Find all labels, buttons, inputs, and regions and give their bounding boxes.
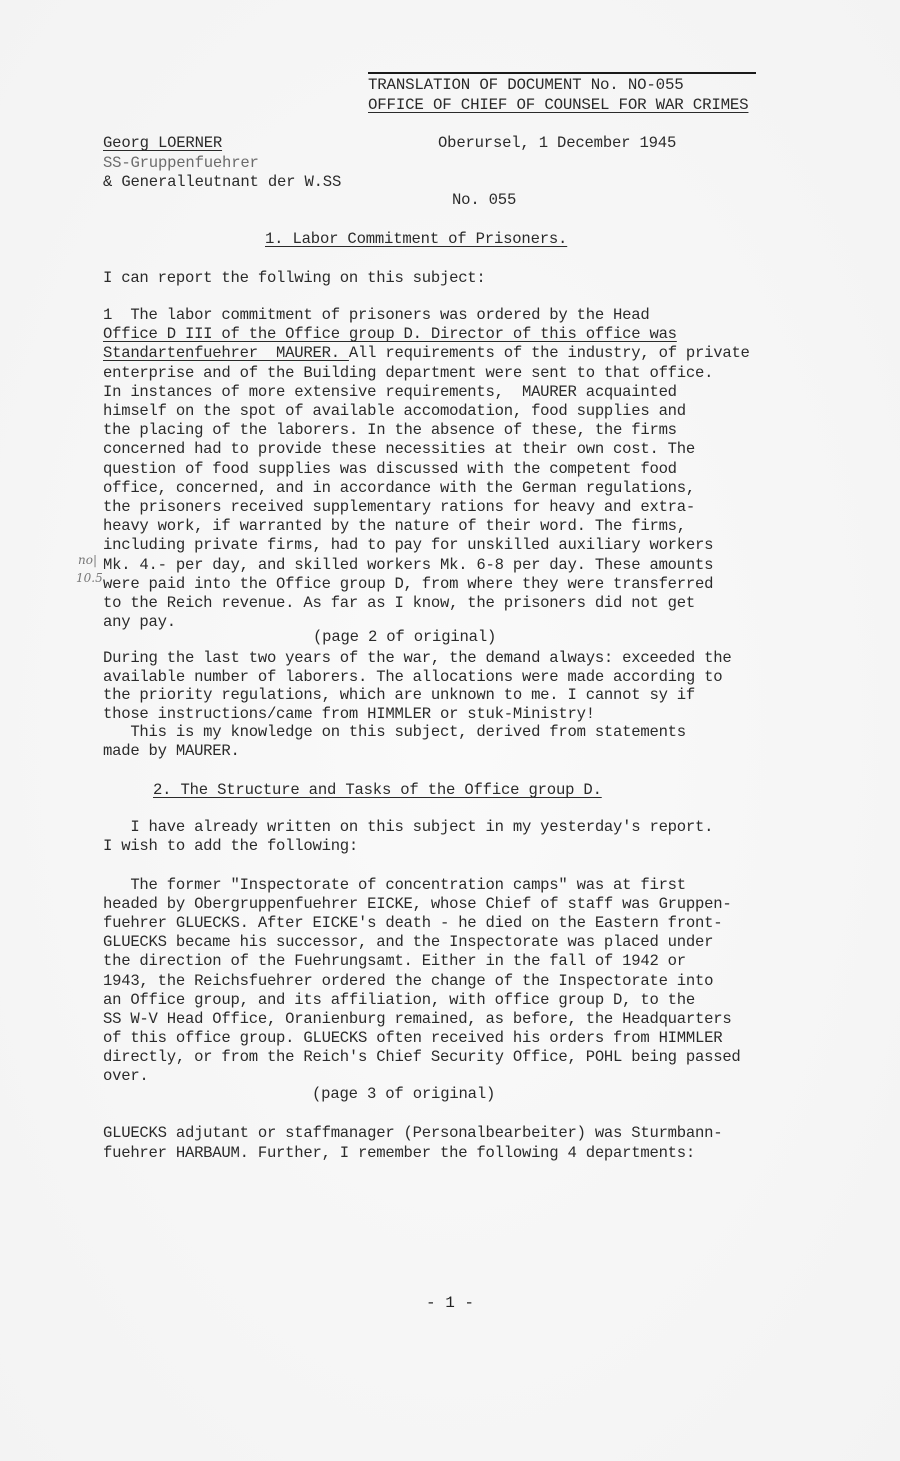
text-line: GLUECKS adjutant or staffmanager (Person… xyxy=(103,1124,722,1142)
text-line: heavy work, if warranted by the nature o… xyxy=(103,517,686,535)
text-line: the placing of the laborers. In the abse… xyxy=(103,421,677,439)
text-line: made by MAURER. xyxy=(103,742,240,760)
section-1-intro: I can report the follwing on this subjec… xyxy=(103,269,486,287)
text-line: office, concerned, and in accordance wit… xyxy=(103,479,695,497)
document-page: TRANSLATION OF DOCUMENT No. NO-055 OFFIC… xyxy=(0,0,900,1461)
text-line: of this office group. GLUECKS often rece… xyxy=(103,1029,722,1047)
text-line: GLUECKS became his successor, and the In… xyxy=(103,933,713,951)
text-line: including private firms, had to pay for … xyxy=(103,536,713,554)
text-line: over. xyxy=(103,1067,149,1085)
text-line: 1 The labor commitment of prisoners was … xyxy=(103,306,649,324)
section-1-title: 1. Labor Commitment of Prisoners. xyxy=(265,230,567,248)
text-line: himself on the spot of available accomod… xyxy=(103,402,686,420)
page-marker-3: (page 3 of original) xyxy=(312,1085,495,1103)
text-line: In instances of more extensive requireme… xyxy=(103,383,677,401)
margin-note: no| xyxy=(78,553,97,567)
author-name: Georg LOERNER xyxy=(103,134,222,152)
text-line: the priority regulations, which are unkn… xyxy=(103,686,695,704)
text-line: SS W-V Head Office, Oranienburg remained… xyxy=(103,1010,731,1028)
text-line: 1943, the Reichsfuehrer ordered the chan… xyxy=(103,972,713,990)
translation-header: TRANSLATION OF DOCUMENT No. NO-055 xyxy=(368,76,684,94)
text-line: an Office group, and its affiliation, wi… xyxy=(103,991,695,1009)
text-line: those instructions/came from HIMMLER or … xyxy=(103,705,595,723)
header-rule xyxy=(368,72,756,74)
section-2-title: 2. The Structure and Tasks of the Office… xyxy=(153,781,602,799)
text-line: any pay. xyxy=(103,613,176,631)
text-line: directly, or from the Reich's Chief Secu… xyxy=(103,1048,741,1066)
author-rank-2: & Generalleutnant der W.SS xyxy=(103,173,341,191)
text-line: I have already written on this subject i… xyxy=(103,818,713,836)
text-line: Office D III of the Office group D. Dire… xyxy=(103,325,677,343)
text-line: This is my knowledge on this subject, de… xyxy=(103,723,686,741)
text-line: Mk. 4.- per day, and skilled workers Mk.… xyxy=(103,556,713,574)
text-line: the prisoners received supplementary rat… xyxy=(103,498,695,516)
text-line: available number of laborers. The alloca… xyxy=(103,668,722,686)
margin-note: 10.5 xyxy=(76,571,103,585)
office-header: OFFICE OF CHIEF OF COUNSEL FOR WAR CRIME… xyxy=(368,96,748,114)
text-line: fuehrer GLUECKS. After EICKE's death - h… xyxy=(103,914,722,932)
text-line: fuehrer HARBAUM. Further, I remember the… xyxy=(103,1144,695,1162)
page-number: - 1 - xyxy=(0,1294,900,1312)
text-line: were paid into the Office group D, from … xyxy=(103,575,713,593)
document-number: No. 055 xyxy=(452,191,516,209)
page-marker-2: (page 2 of original) xyxy=(313,628,496,646)
place-date: Oberursel, 1 December 1945 xyxy=(438,134,676,152)
text-line: Standartenfuehrer MAURER. All requiremen… xyxy=(103,344,750,362)
text-line: During the last two years of the war, th… xyxy=(103,649,731,667)
text-line: question of food supplies was discussed … xyxy=(103,460,677,478)
text-line: concerned had to provide these necessiti… xyxy=(103,440,695,458)
text-line: headed by Obergruppenfuehrer EICKE, whos… xyxy=(103,895,731,913)
text-line: The former "Inspectorate of concentratio… xyxy=(103,876,686,894)
text-line: to the Reich revenue. As far as I know, … xyxy=(103,594,695,612)
text-line: enterprise and of the Building departmen… xyxy=(103,364,713,382)
text-line: I wish to add the following: xyxy=(103,837,358,855)
author-rank: SS-Gruppenfuehrer xyxy=(103,154,259,172)
text-line: the direction of the Fuehrungsamt. Eithe… xyxy=(103,952,686,970)
